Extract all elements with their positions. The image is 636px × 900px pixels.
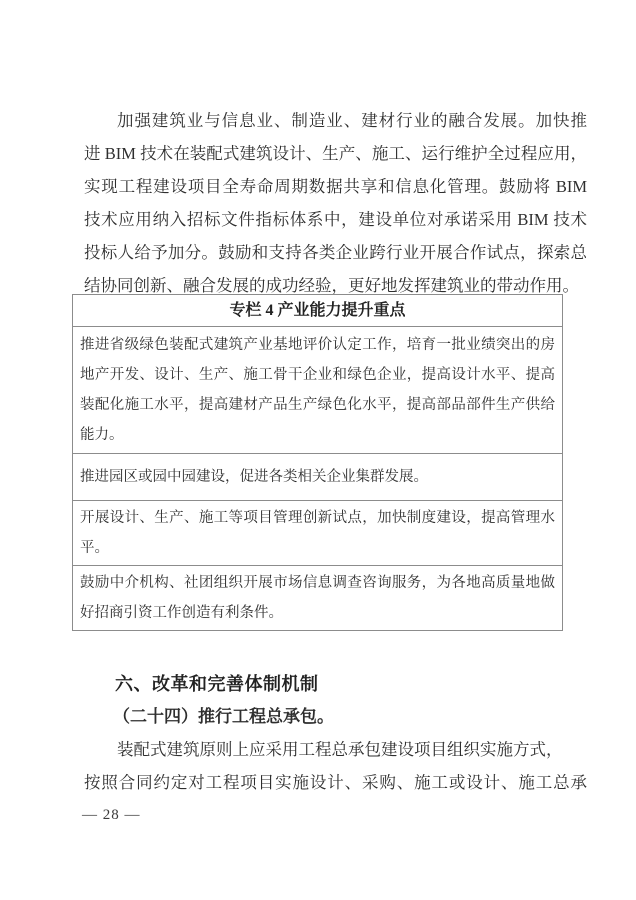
paragraph-general-contracting: 装配式建筑原则上应采用工程总承包建设项目组织实施方式， 按照合同约定对工程项目实… xyxy=(84,733,587,799)
text-line: 能力。 xyxy=(80,420,555,450)
text-line: 技术应用纳入招标文件指标体系中，建设单位对承诺采用 BIM 技术 xyxy=(84,203,587,236)
document-page: 加强建筑业与信息业、制造业、建材行业的融合发展。加快推 进 BIM 技术在装配式… xyxy=(0,0,636,900)
feature-box-title: 专栏 4 产业能力提升重点 xyxy=(73,295,562,327)
text-line: 进 BIM 技术在装配式建筑设计、生产、施工、运行维护全过程应用， xyxy=(84,137,587,170)
text-line: 加强建筑业与信息业、制造业、建材行业的融合发展。加快推 xyxy=(84,104,587,137)
text-line: 好招商引资工作创造有利条件。 xyxy=(80,598,555,628)
subsection-heading: （二十四）推行工程总承包。 xyxy=(113,702,334,727)
feature-box-row: 鼓励中介机构、社团组织开展市场信息调查咨询服务，为各地高质量地做 好招商引资工作… xyxy=(73,566,562,630)
text-line: 推进省级绿色装配式建筑产业基地评价认定工作，培育一批业绩突出的房 xyxy=(80,330,555,360)
text-line: 鼓励中介机构、社团组织开展市场信息调查咨询服务，为各地高质量地做 xyxy=(80,568,555,598)
text-line: 开展设计、生产、施工等项目管理创新试点，加快制度建设，提高管理水 xyxy=(80,503,555,533)
paragraph-industry-fusion: 加强建筑业与信息业、制造业、建材行业的融合发展。加快推 进 BIM 技术在装配式… xyxy=(84,104,587,302)
text-line: 平。 xyxy=(80,533,555,563)
text-line: 按照合同约定对工程项目实施设计、采购、施工或设计、施工总承 xyxy=(84,766,587,799)
feature-box-row: 开展设计、生产、施工等项目管理创新试点，加快制度建设，提高管理水 平。 xyxy=(73,501,562,566)
text-line: 实现工程建设项目全寿命周期数据共享和信息化管理。鼓励将 BIM xyxy=(84,170,587,203)
page-number: — 28 — xyxy=(82,807,141,824)
feature-box-column4: 专栏 4 产业能力提升重点 推进省级绿色装配式建筑产业基地评价认定工作，培育一批… xyxy=(72,294,563,631)
text-line: 推进园区或园中园建设，促进各类相关企业集群发展。 xyxy=(80,462,555,492)
text-line: 装配化施工水平，提高建材产品生产绿色化水平，提高部品部件生产供给 xyxy=(80,390,555,420)
feature-box-row: 推进省级绿色装配式建筑产业基地评价认定工作，培育一批业绩突出的房 地产开发、设计… xyxy=(73,327,562,454)
text-line: 投标人给予加分。鼓励和支持各类企业跨行业开展合作试点，探索总 xyxy=(84,236,587,269)
text-line: 装配式建筑原则上应采用工程总承包建设项目组织实施方式， xyxy=(84,733,587,766)
text-line: 地产开发、设计、生产、施工骨干企业和绿色企业，提高设计水平、提高 xyxy=(80,360,555,390)
section-heading: 六、改革和完善体制机制 xyxy=(115,670,319,696)
feature-box-row: 推进园区或园中园建设，促进各类相关企业集群发展。 xyxy=(73,454,562,501)
